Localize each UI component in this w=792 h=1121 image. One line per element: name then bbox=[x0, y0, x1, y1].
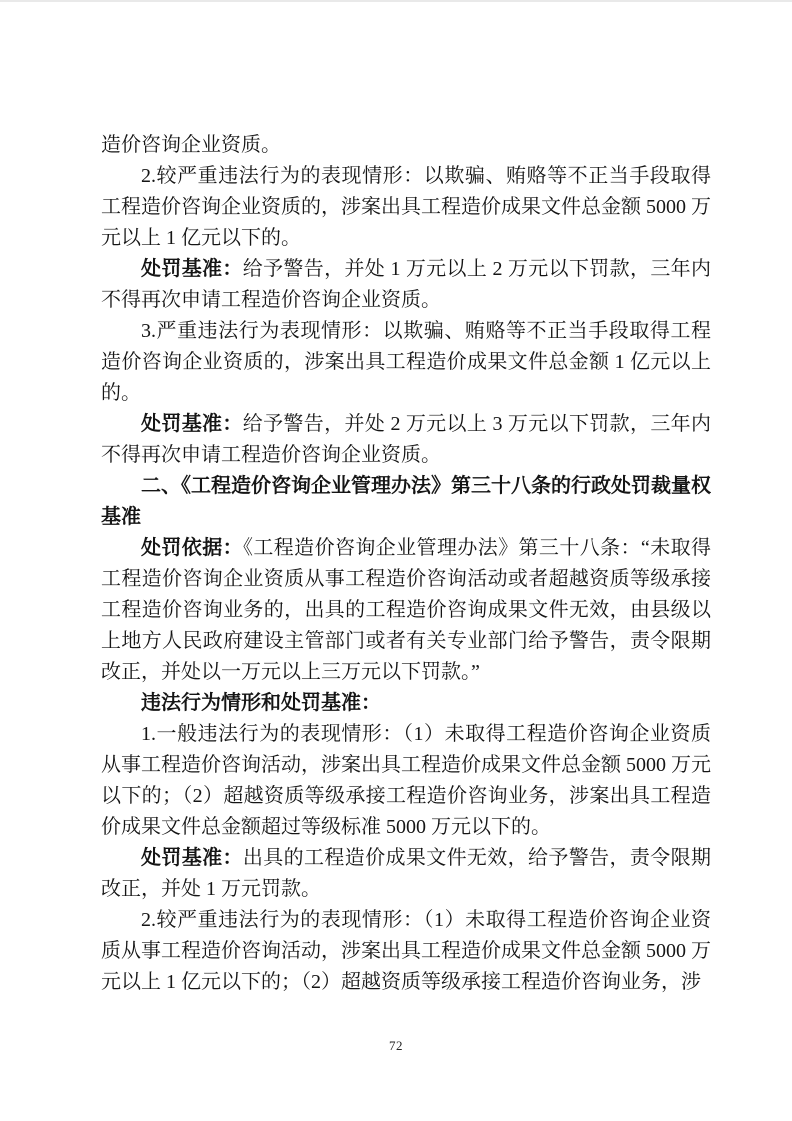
document-body: 造价咨询企业资质。 2.较严重违法行为的表现情形：以欺骗、贿赂等不正当手段取得工… bbox=[101, 130, 711, 998]
paragraph-continuation: 造价咨询企业资质。 bbox=[101, 130, 711, 161]
para-moderate-violation-2: 2.较严重违法行为的表现情形：（1）未取得工程造价咨询企业资质从事工程造价咨询活… bbox=[101, 905, 711, 998]
document-page: 造价咨询企业资质。 2.较严重违法行为的表现情形：以欺骗、贿赂等不正当手段取得工… bbox=[0, 0, 792, 1121]
para-penalty-basis: 处罚依据：《工程造价咨询企业管理办法》第三十八条：“未取得工程造价咨询企业资质从… bbox=[101, 533, 711, 688]
section-heading-article-38: 二、《工程造价咨询企业管理办法》第三十八条的行政处罚裁量权基准 bbox=[101, 471, 711, 533]
section-heading-text: 二、《工程造价咨询企业管理办法》第三十八条的行政处罚裁量权基准 bbox=[101, 475, 711, 528]
para-penalty-standard-2: 处罚基准：给予警告，并处 2 万元以上 3 万元以下罚款，三年内不得再次申请工程… bbox=[101, 409, 711, 471]
paragraph-text: 3.严重违法行为表现情形：以欺骗、贿赂等不正当手段取得工程造价咨询企业资质的，涉… bbox=[101, 320, 711, 404]
paragraph-text: 2.较严重违法行为的表现情形：以欺骗、贿赂等不正当手段取得工程造价咨询企业资质的… bbox=[101, 165, 711, 249]
para-moderate-violation: 2.较严重违法行为的表现情形：以欺骗、贿赂等不正当手段取得工程造价咨询企业资质的… bbox=[101, 161, 711, 254]
page-number: 72 bbox=[389, 1038, 403, 1053]
para-penalty-standard-3: 处罚基准：出具的工程造价成果文件无效，给予警告，责令限期改正，并处 1 万元罚款… bbox=[101, 843, 711, 905]
paragraph-text: 2.较严重违法行为的表现情形：（1）未取得工程造价咨询企业资质从事工程造价咨询活… bbox=[101, 909, 711, 993]
paragraph-lead: 处罚基准： bbox=[141, 258, 243, 280]
page-footer: 72 bbox=[0, 1037, 792, 1055]
paragraph-lead: 处罚基准： bbox=[141, 847, 243, 869]
para-severe-violation: 3.严重违法行为表现情形：以欺骗、贿赂等不正当手段取得工程造价咨询企业资质的，涉… bbox=[101, 316, 711, 409]
para-penalty-standard-1: 处罚基准：给予警告，并处 1 万元以上 2 万元以下罚款，三年内不得再次申请工程… bbox=[101, 254, 711, 316]
para-general-violation: 1.一般违法行为的表现情形：（1）未取得工程造价咨询企业资质从事工程造价咨询活动… bbox=[101, 719, 711, 843]
paragraph-lead: 处罚依据： bbox=[141, 537, 243, 559]
page-top-edge bbox=[0, 0, 792, 2]
subheading-violations-and-standards: 违法行为情形和处罚基准： bbox=[101, 688, 711, 719]
paragraph-lead: 处罚基准： bbox=[141, 413, 243, 435]
paragraph-text: 造价咨询企业资质。 bbox=[101, 134, 281, 156]
paragraph-text: 1.一般违法行为的表现情形：（1）未取得工程造价咨询企业资质从事工程造价咨询活动… bbox=[101, 723, 711, 838]
subheading-text: 违法行为情形和处罚基准： bbox=[141, 692, 381, 714]
